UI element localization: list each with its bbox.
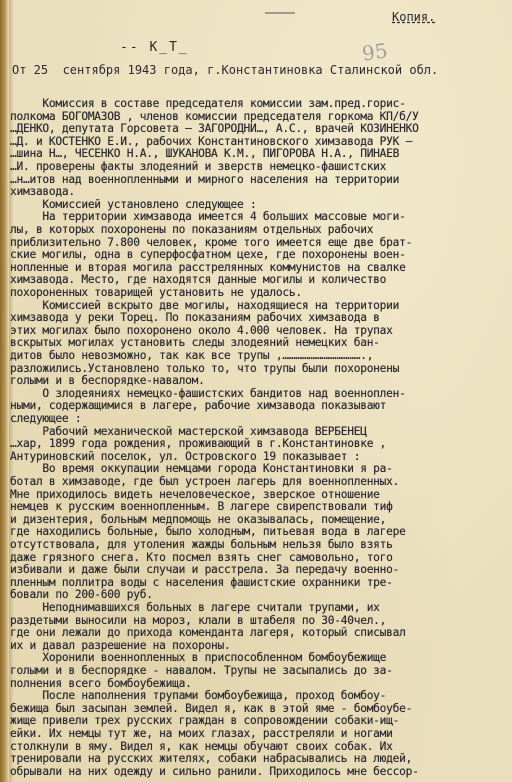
text-line: лы, в которых похоронены по показаниям о… bbox=[10, 223, 373, 236]
text-line: тренировали на русских жителях, собаки н… bbox=[10, 752, 412, 765]
text-line: …Д. и КОСТЕНКО Е.И., рабочих Константино… bbox=[10, 135, 412, 148]
text-line: ейки. Их немцы тут же, на моих глазах, р… bbox=[10, 727, 393, 740]
text-line: Мне приходилось видеть нечеловеческое, з… bbox=[10, 488, 380, 501]
text-line: химзавода. Место, где находятся данные м… bbox=[10, 273, 386, 286]
text-line: и дизентерия, больным медпомощь не оказы… bbox=[10, 513, 386, 526]
text-line: пленным поллитра воды с населения фашист… bbox=[10, 576, 393, 589]
text-line: отсутствовала, для утоления жажды больны… bbox=[10, 538, 393, 551]
text-line: После наполнения трупами бомбоубежища, п… bbox=[10, 689, 386, 702]
text-line: жище привели трех русских граждан в сопр… bbox=[10, 714, 399, 727]
text-line: приблизительно 7.800 человек, кроме того… bbox=[10, 236, 412, 249]
text-line: полнения всего бомбоубежища. bbox=[10, 677, 192, 690]
text-line: Хоронили военнопленных в приспособленном… bbox=[10, 651, 386, 664]
text-line: …ДЕНКО, депутата Горсовета – ЗАГОРОДНИ…,… bbox=[10, 122, 419, 135]
text-line: обрывали на них одежду и сильно ранили. … bbox=[10, 765, 419, 778]
text-line: разложились.Установлено только то, что т… bbox=[10, 362, 399, 375]
text-line: дитов было невозможно, так как все трупы… bbox=[10, 349, 373, 362]
date-location-line: От 25 сентября 1943 года, г.Константинов… bbox=[12, 63, 438, 77]
document-title: -- К_Т_ bbox=[120, 40, 189, 55]
text-line: где они лежали до прихода коменданта лаг… bbox=[10, 626, 406, 639]
text-line: их и давал разрешение на похороны. bbox=[10, 639, 231, 652]
text-line: Рабочий механической мастерской химзавод… bbox=[10, 425, 367, 438]
text-line: раздетыми выносили на мороз, клали в шта… bbox=[10, 614, 386, 627]
text-line: избивали и даже были случаи и расстрела.… bbox=[10, 563, 399, 576]
text-line: Неподнимавшихся больных в лагере считали… bbox=[10, 601, 380, 614]
copy-label: Копия. bbox=[392, 10, 435, 24]
text-line: где находились больные, было холодным, п… bbox=[10, 525, 406, 538]
text-line: Во время оккупации немцами города Конста… bbox=[10, 462, 393, 475]
text-line: бовали по 200-600 руб. bbox=[10, 588, 153, 601]
text-line: нопленные и вторая могила расстрелянных … bbox=[10, 261, 406, 274]
text-line: ские могилы, одна в суперфосфатном цехе,… bbox=[10, 248, 406, 261]
text-line: химзавода. bbox=[10, 185, 75, 198]
archive-number-handwritten: 95 bbox=[360, 38, 389, 65]
text-line: …И. проверены факты злодеяний и зверств … bbox=[10, 160, 386, 173]
text-line: Комиссией вскрыто две могилы, находящиес… bbox=[10, 299, 399, 312]
typewritten-document: Копия. 95 -- К_Т_ От 25 сентября 1943 го… bbox=[0, 0, 512, 782]
text-line: О злодеяниях немецко-фашистских бандитов… bbox=[10, 387, 406, 400]
text-line: этих могилах было похоронено около 4.000… bbox=[10, 324, 393, 337]
text-line: бежища был засыпан землей. Видел я, как … bbox=[10, 702, 412, 715]
text-line: вскрытых могилах установить следы злодея… bbox=[10, 336, 380, 349]
text-line: Комиссией установлено следующее : bbox=[10, 198, 256, 211]
text-line: полкома БОГОМАЗОВ , членов комиссии пред… bbox=[10, 110, 419, 123]
text-line: столкнули в яму. Видел я, как немцы обуч… bbox=[10, 740, 393, 753]
text-line: даже грязного снега. Кто посмел взять сн… bbox=[10, 551, 393, 564]
text-line: Комиссия в составе председателя комиссии… bbox=[10, 97, 406, 110]
text-line: …шина Н…, ЧЕСЕНКО Н.А., ШУКАНОВА К.М., П… bbox=[10, 147, 399, 160]
text-line: На территории химзавода имеется 4 больши… bbox=[10, 210, 406, 223]
text-line: немцев к русским военнопленным. В лагере… bbox=[10, 500, 393, 513]
text-line: ботал в химзаводе, где был устроен лагер… bbox=[10, 475, 399, 488]
text-line: голыми и в беспорядке - навалом. Трупы н… bbox=[10, 664, 393, 677]
text-line: …н…итов над военнопленными и мирного нас… bbox=[10, 173, 399, 186]
text-line: следующее : bbox=[10, 412, 81, 425]
text-line: похороненных товарищей установить не уда… bbox=[10, 286, 302, 299]
text-line: …хар, 1899 года рождения, проживающий в … bbox=[10, 437, 386, 450]
text-line: голыми и в беспорядке-навалом. bbox=[10, 374, 205, 387]
text-line: Антуриновский поселок, ул. Островского 1… bbox=[10, 450, 360, 463]
text-line: химзавода у реки Торец. По показаниям ра… bbox=[10, 311, 380, 324]
pencil-mark bbox=[265, 12, 295, 14]
text-line: ными, содержащимися в лагере, рабочие хи… bbox=[10, 399, 386, 412]
